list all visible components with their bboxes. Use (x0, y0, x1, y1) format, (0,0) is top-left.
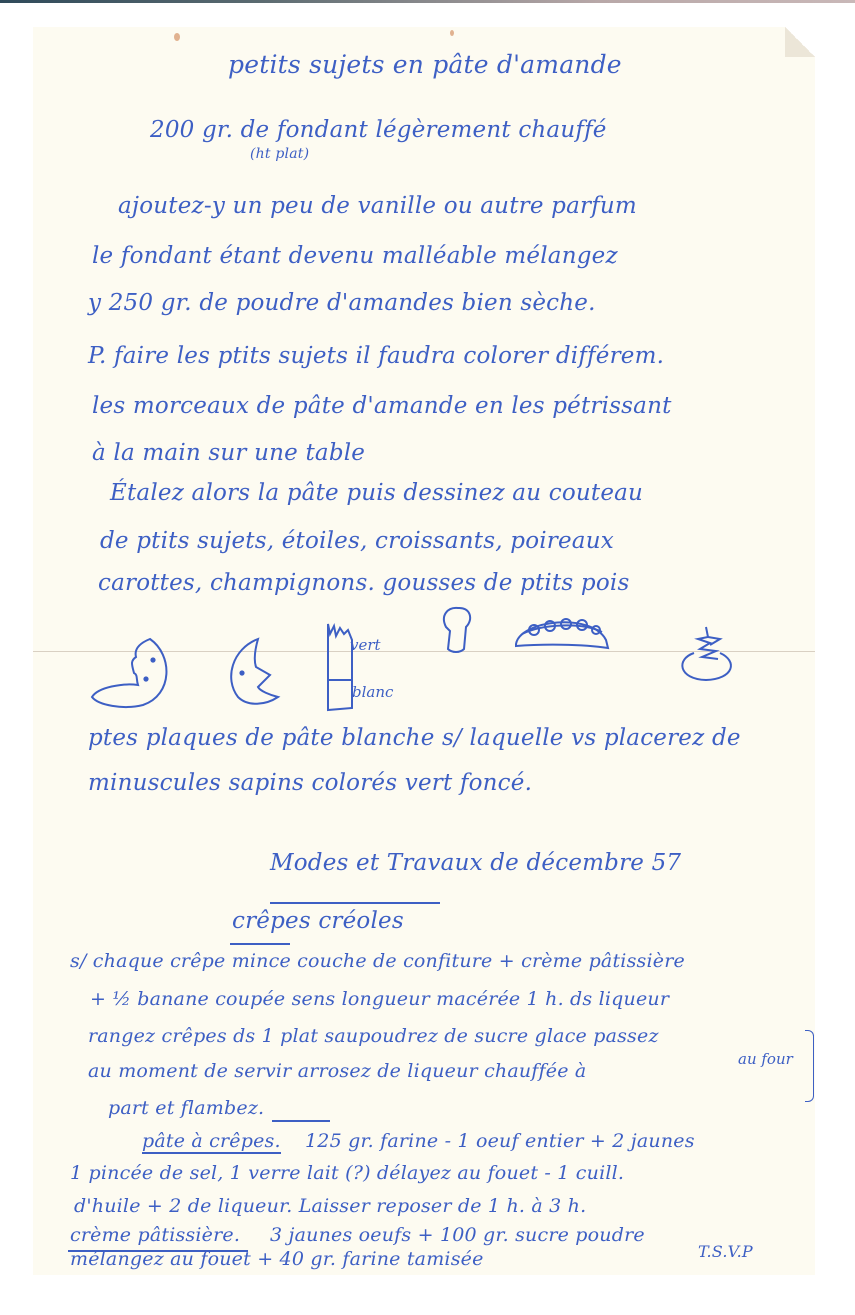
recipe-line: y 250 gr. de poudre d'amandes bien sèche… (88, 290, 596, 316)
recipe-line: le fondant étant devenu malléable mélang… (92, 243, 618, 269)
margin-note: au four (738, 1050, 793, 1068)
recipe-line: P. faire les ptits sujets il faudra colo… (88, 343, 664, 369)
recipe-line: 1 pincée de sel, 1 verre lait (?) délaye… (70, 1162, 624, 1184)
underline-mark (270, 902, 440, 904)
fir-tree-on-plate-drawing (672, 625, 742, 683)
recipe-line: au moment de servir arrosez de liqueur c… (88, 1060, 586, 1082)
margin-bracket (805, 1030, 814, 1102)
leek-label-white: blanc (352, 683, 393, 701)
recipe-line: minuscules sapins colorés vert foncé. (88, 770, 532, 796)
paper-stain (174, 33, 180, 41)
recipe-line: mélangez au fouet + 40 gr. farine tamisé… (70, 1248, 484, 1270)
mushroom-drawing (440, 605, 475, 655)
underline-mark (230, 943, 290, 945)
section-label: pâte à crêpes. (142, 1130, 281, 1154)
underline-mark (272, 1120, 330, 1122)
recipe-line: 3 jaunes oeufs + 100 gr. sucre poudre (270, 1224, 645, 1246)
recipe-line: part et flambez. (108, 1097, 264, 1119)
recipe-line: Étalez alors la pâte puis dessinez au co… (110, 480, 643, 506)
please-turn-over: T.S.V.P (698, 1242, 753, 1261)
annotation: (ht plat) (250, 146, 309, 162)
recipe-line: ajoutez-y un peu de vanille ou autre par… (118, 193, 637, 219)
recipe-line: les morceaux de pâte d'amande en les pét… (92, 393, 672, 419)
recipe-line: 125 gr. farine - 1 oeuf entier + 2 jaune… (305, 1130, 695, 1152)
leek-label-green: vert (350, 636, 381, 654)
source-reference: Modes et Travaux de décembre 57 (270, 850, 681, 876)
section-label: crème pâtissière. (70, 1224, 240, 1246)
recipe-line: d'huile + 2 de liqueur. Laisser reposer … (74, 1195, 586, 1217)
folded-corner (785, 27, 815, 57)
paper-stain (450, 30, 454, 36)
recipe-line: rangez crêpes ds 1 plat saupoudrez de su… (88, 1025, 659, 1047)
recipe-line: ptes plaques de pâte blanche s/ laquelle… (88, 725, 741, 751)
recipe-line: à la main sur une table (92, 440, 365, 466)
recipe-line: carottes, champignons. gousses de ptits … (98, 570, 629, 596)
recipe-line: + ½ banane coupée sens longueur macérée … (90, 988, 669, 1010)
crescent-moon-face-drawing-1 (88, 635, 178, 710)
scan-top-edge (0, 0, 855, 3)
recipe-line: de ptits sujets, étoiles, croissants, po… (100, 528, 614, 554)
recipe-line: 200 gr. de fondant légèrement chauffé (150, 117, 607, 143)
crescent-moon-face-drawing-2 (220, 635, 285, 710)
pea-pod-drawing (512, 610, 612, 652)
recipe-title: petits sujets en pâte d'amande (228, 50, 622, 79)
recipe-line: s/ chaque crêpe mince couche de confitur… (70, 950, 685, 972)
recipe-title: crêpes créoles (232, 908, 404, 934)
